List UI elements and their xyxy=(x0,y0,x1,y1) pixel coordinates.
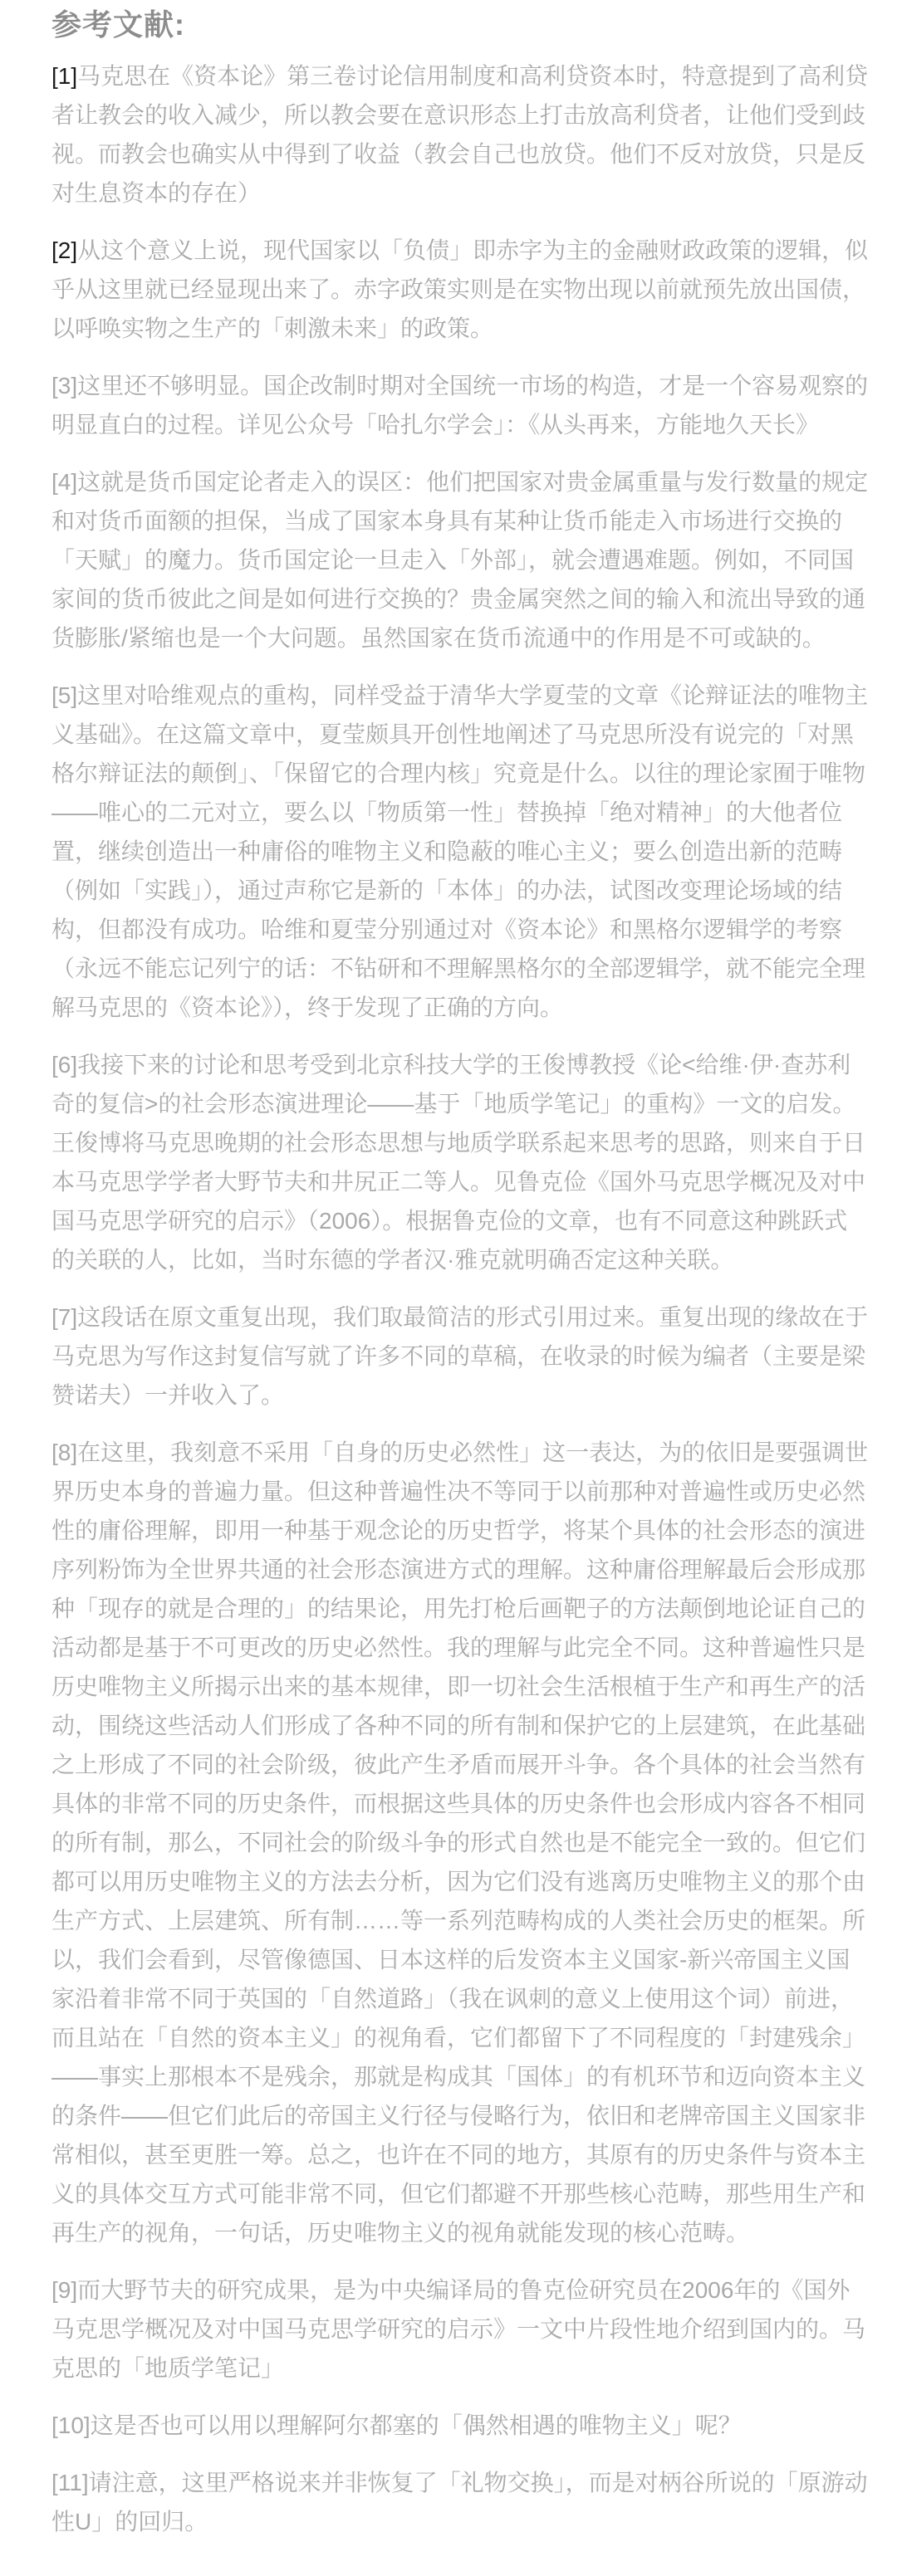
reference-item: [10]这是否也可以用以理解阿尔都塞的「偶然相遇的唯物主义」呢？ xyxy=(51,2406,869,2445)
reference-text: 马克思在《资本论》第三卷讨论信用制度和高利贷资本时，特意提到了高利贷者让教会的收… xyxy=(51,63,868,206)
reference-text: 这里还不够明显。国企改制时期对全国统一市场的构造，才是一个容易观察的明显直白的过… xyxy=(51,373,868,437)
reference-number: [7] xyxy=(51,1304,77,1330)
reference-number: [6] xyxy=(51,1052,77,1078)
reference-number: [9] xyxy=(51,2277,77,2303)
reference-item: [6]我接下来的讨论和思考受到北京科技大学的王俊博教授《论<给维·伊·查苏利奇的… xyxy=(51,1045,869,1279)
reference-item: [9]而大野节夫的研究成果，是为中央编译局的鲁克俭研究员在2006年的《国外马克… xyxy=(51,2270,869,2388)
reference-number: [10] xyxy=(51,2412,91,2438)
references-heading: 参考文献: xyxy=(51,7,869,43)
reference-item: [2]从这个意义上说，现代国家以「负债」即赤字为主的金融财政政策的逻辑，似乎从这… xyxy=(51,231,869,348)
reference-item: [11]请注意，这里严格说来并非恢复了「礼物交换」，而是对柄谷所说的「原游动性U… xyxy=(51,2463,869,2541)
reference-text: 这是否也可以用以理解阿尔都塞的「偶然相遇的唯物主义」呢？ xyxy=(91,2412,742,2438)
reference-number: [8] xyxy=(51,1440,77,1465)
reference-item: [7]这段话在原文重复出现，我们取最简洁的形式引用过来。重复出现的缘故在于马克思… xyxy=(51,1298,869,1415)
reference-number: [4] xyxy=(51,469,77,495)
reference-item: [4]这就是货币国定论者走入的误区：他们把国家对贵金属重量与发行数量的规定和对货… xyxy=(51,462,869,657)
reference-number: [11] xyxy=(51,2470,89,2495)
reference-text: 这段话在原文重复出现，我们取最简洁的形式引用过来。重复出现的缘故在于马克思为写作… xyxy=(51,1304,868,1408)
reference-number: [5] xyxy=(51,682,77,708)
reference-number: [2] xyxy=(51,237,77,263)
references-list: [1]马克思在《资本论》第三卷讨论信用制度和高利贷资本时，特意提到了高利贷者让教… xyxy=(51,56,869,2541)
reference-number: [3] xyxy=(51,373,77,398)
reference-item: [5]这里对哈维观点的重构，同样受益于清华大学夏莹的文章《论辩证法的唯物主义基础… xyxy=(51,676,869,1027)
reference-item: [8]在这里，我刻意不采用「自身的历史必然性」这一表达，为的依旧是要强调世界历史… xyxy=(51,1433,869,2252)
reference-text: 在这里，我刻意不采用「自身的历史必然性」这一表达，为的依旧是要强调世界历史本身的… xyxy=(51,1440,868,2246)
reference-number: [1] xyxy=(51,63,77,89)
reference-text: 请注意，这里严格说来并非恢复了「礼物交换」，而是对柄谷所说的「原游动性U」的回归… xyxy=(51,2470,868,2534)
reference-text: 我接下来的讨论和思考受到北京科技大学的王俊博教授《论<给维·伊·查苏利奇的复信>… xyxy=(51,1052,865,1273)
reference-text: 这里对哈维观点的重构，同样受益于清华大学夏莹的文章《论辩证法的唯物主义基础》。在… xyxy=(51,682,868,1020)
reference-item: [1]马克思在《资本论》第三卷讨论信用制度和高利贷资本时，特意提到了高利贷者让教… xyxy=(51,56,869,213)
reference-item: [3]这里还不够明显。国企改制时期对全国统一市场的构造，才是一个容易观察的明显直… xyxy=(51,366,869,444)
reference-text: 这就是货币国定论者走入的误区：他们把国家对贵金属重量与发行数量的规定和对货币面额… xyxy=(51,469,868,651)
reference-text: 从这个意义上说，现代国家以「负债」即赤字为主的金融财政政策的逻辑，似乎从这里就已… xyxy=(51,237,868,341)
footnotes-page: 参考文献: [1]马克思在《资本论》第三卷讨论信用制度和高利贷资本时，特意提到了… xyxy=(0,0,897,2576)
reference-text: 而大野节夫的研究成果，是为中央编译局的鲁克俭研究员在2006年的《国外马克思学概… xyxy=(51,2277,865,2381)
